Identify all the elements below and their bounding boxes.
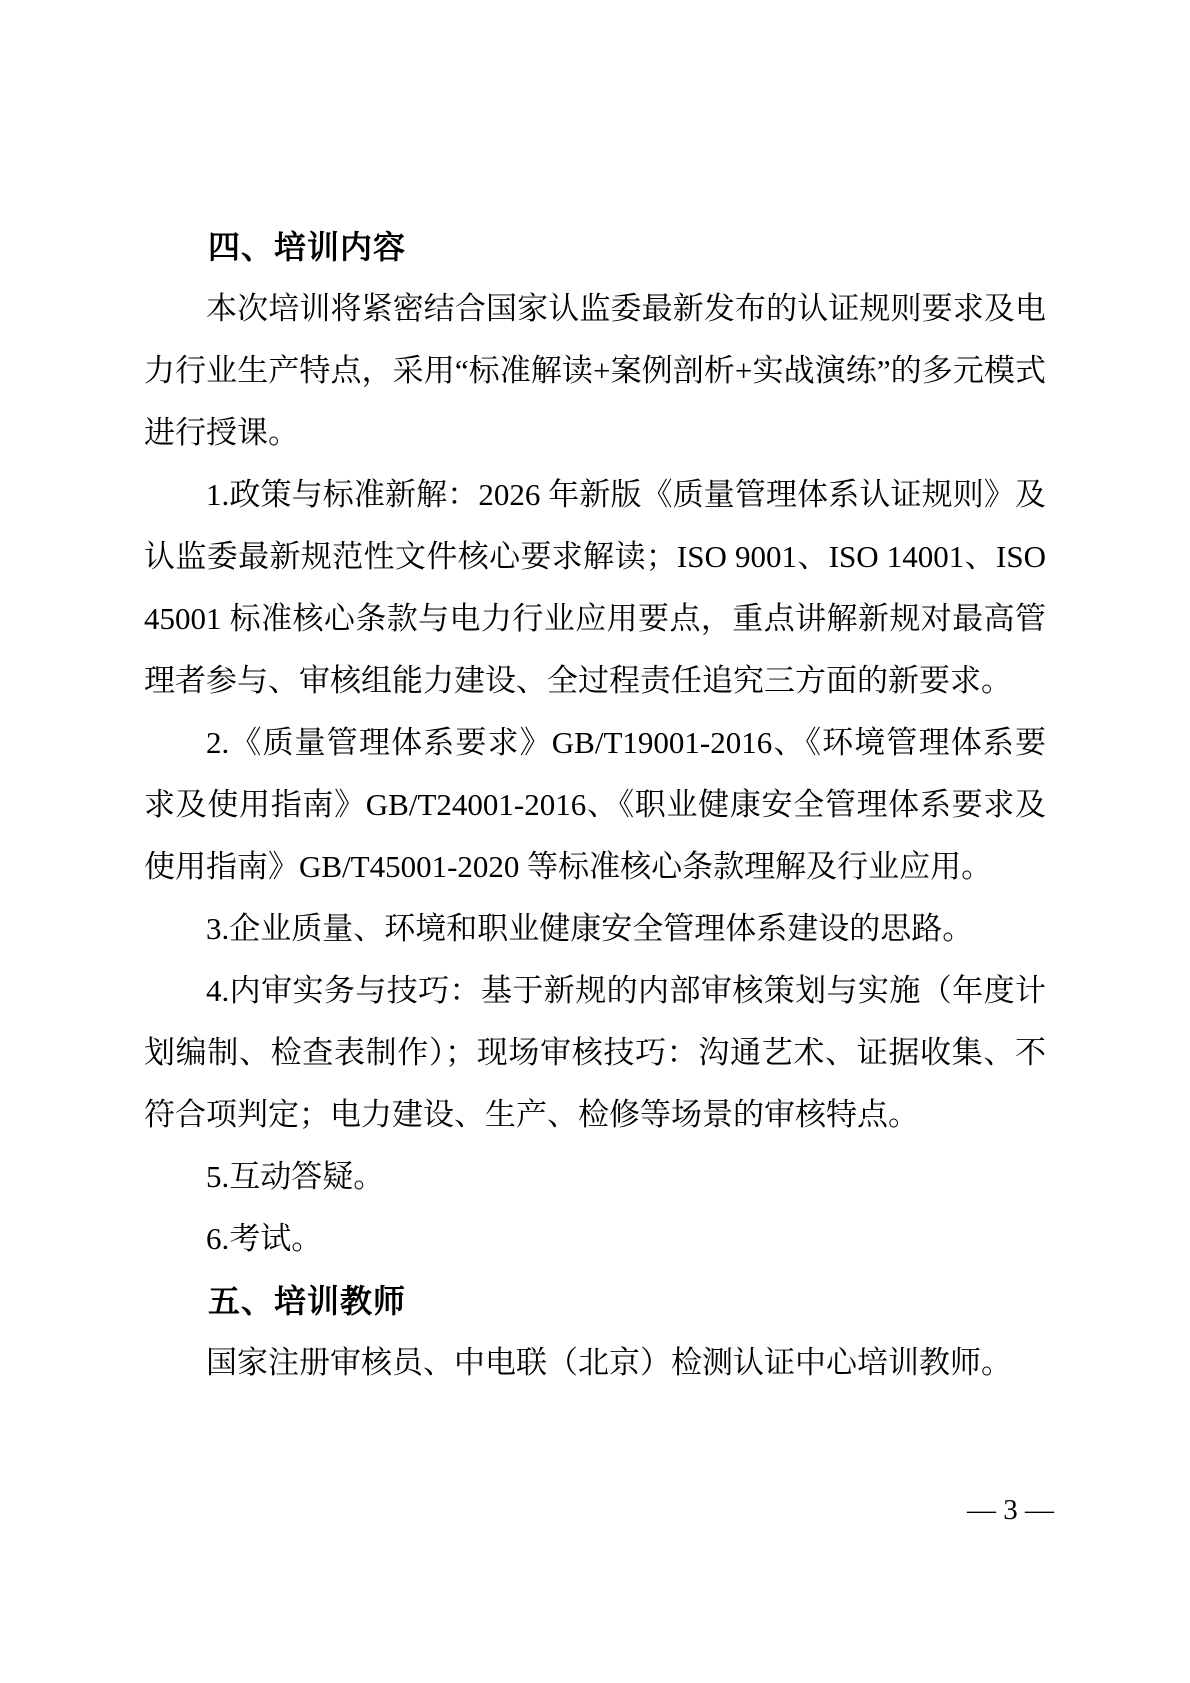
para-content-item-6: 6.考试。 xyxy=(144,1208,1046,1270)
para-content-item-1: 1.政策与标准新解：2026 年新版《质量管理体系认证规则》及认监委最新规范性文… xyxy=(144,464,1046,712)
document-page: 四、培训内容 本次培训将紧密结合国家认监委最新发布的认证规则要求及电力行业生产特… xyxy=(0,0,1190,1683)
para-content-item-2: 2.《质量管理体系要求》GB/T19001-2016、《环境管理体系要求及使用指… xyxy=(144,712,1046,898)
section-heading-training-content: 四、培训内容 xyxy=(144,216,1046,278)
para-teachers: 国家注册审核员、中电联（北京）检测认证中心培训教师。 xyxy=(144,1332,1046,1394)
page-number: — 3 — xyxy=(967,1492,1054,1528)
para-content-item-5: 5.互动答疑。 xyxy=(144,1146,1046,1208)
para-content-item-4: 4.内审实务与技巧：基于新规的内部审核策划与实施（年度计划编制、检查表制作）；现… xyxy=(144,960,1046,1146)
para-content-item-3: 3.企业质量、环境和职业健康安全管理体系建设的思路。 xyxy=(144,898,1046,960)
section-heading-training-teachers: 五、培训教师 xyxy=(144,1270,1046,1332)
document-body: 四、培训内容 本次培训将紧密结合国家认监委最新发布的认证规则要求及电力行业生产特… xyxy=(144,216,1046,1394)
para-training-overview: 本次培训将紧密结合国家认监委最新发布的认证规则要求及电力行业生产特点，采用“标准… xyxy=(144,278,1046,464)
